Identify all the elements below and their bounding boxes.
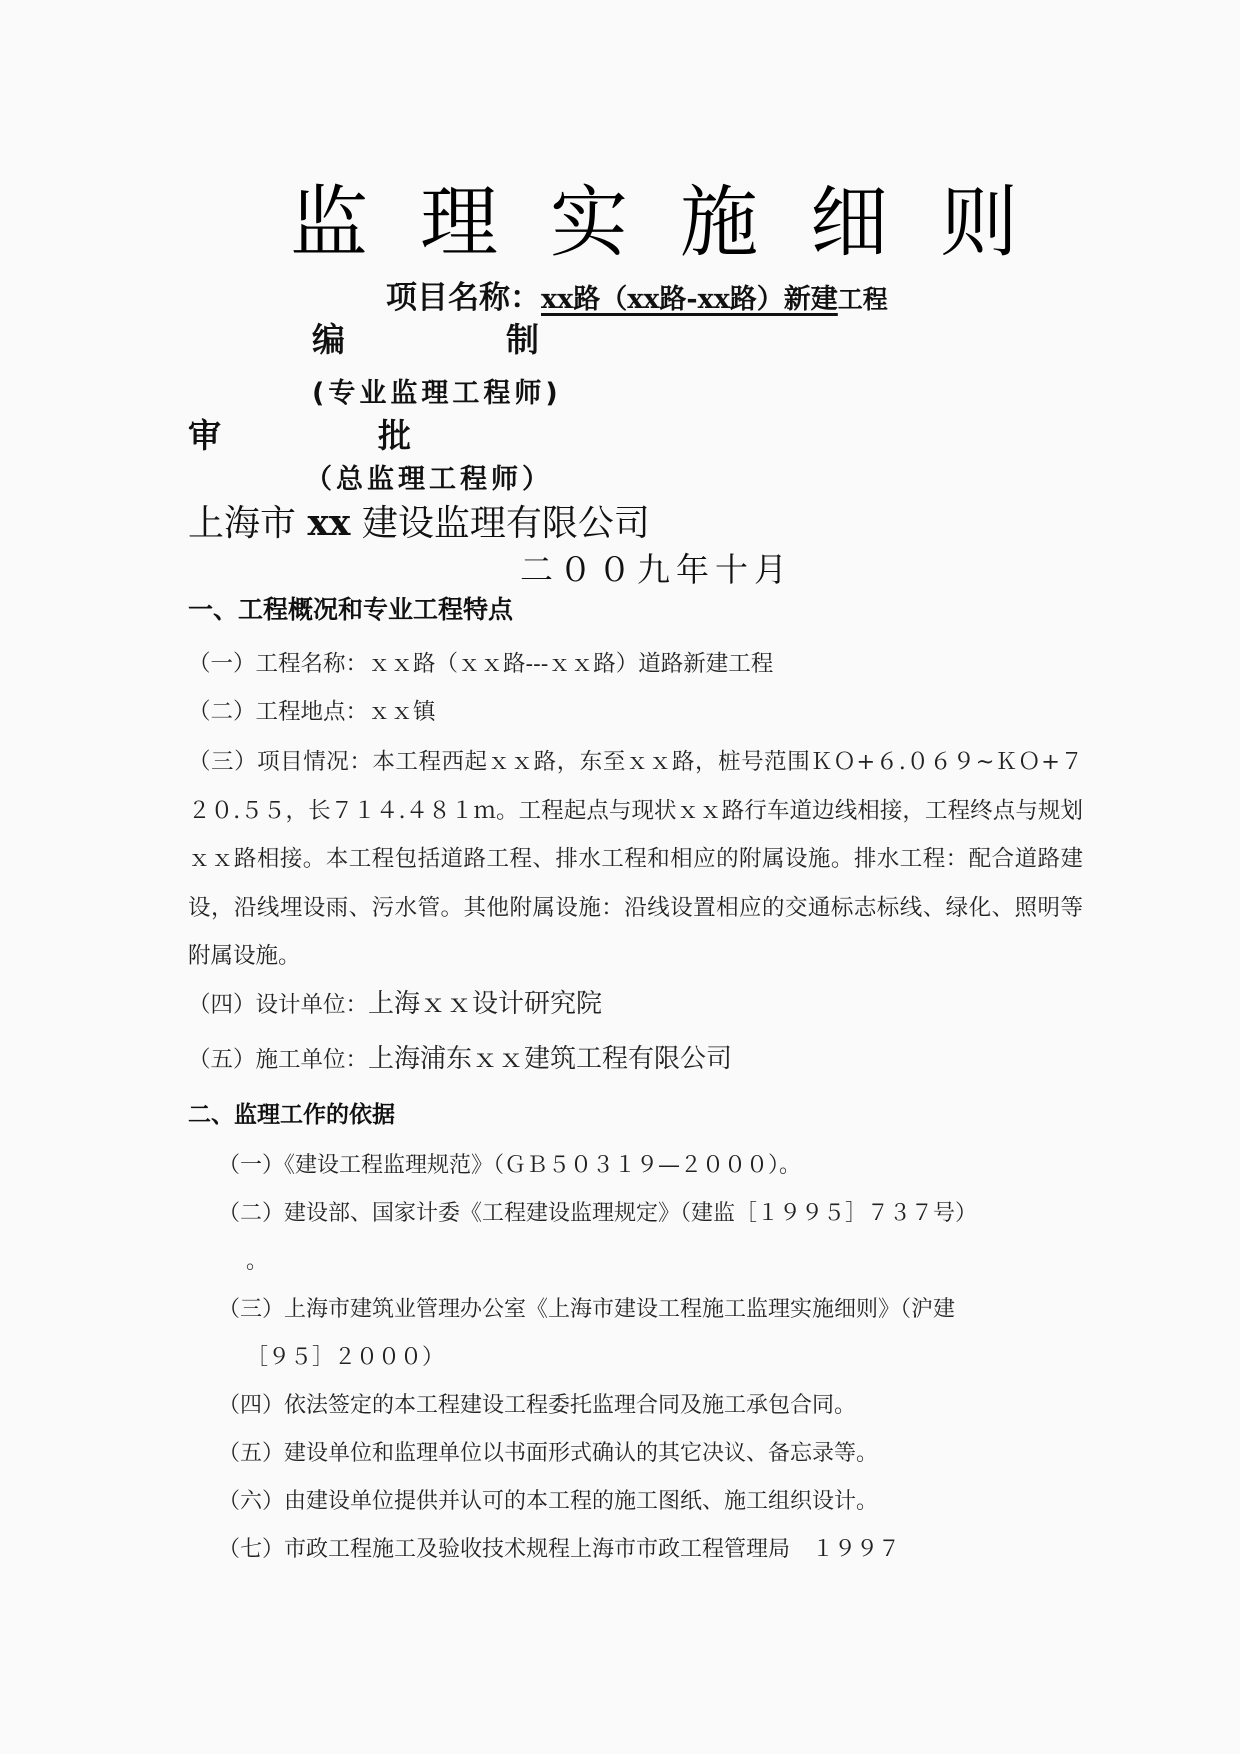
section-1-item-4: （四）设计单位：上海ｘｘ设计研究院	[188, 980, 602, 1030]
section-2-item-7: （七）市政工程施工及验收技术规程上海市市政工程管理局 １９９７	[218, 1526, 1083, 1574]
section-1-heading: 一、工程概况和专业工程特点	[188, 593, 513, 627]
construction-unit-value: 上海浦东ｘｘ建筑工程有限公司	[368, 1044, 732, 1074]
compile-label-right: 制	[506, 320, 539, 360]
approve-label-left: 审	[188, 416, 221, 456]
section-1-item-1: （一）工程名称：ｘｘ路（ｘｘ路---ｘｘ路）道路新建工程	[188, 640, 773, 689]
section-2-item-4: （四）依法签定的本工程建设工程委托监理合同及施工承包合同。	[218, 1382, 1083, 1430]
section-2-item-3-text: （三）上海市建筑业管理办公室《上海市建设工程施工监理实施细则》（沪建	[218, 1297, 955, 1322]
project-name-value: xx路（xx路-xx路）新建	[541, 284, 838, 315]
compile-label-left: 编	[312, 320, 345, 360]
section-2-item-6: （六）由建设单位提供并认可的本工程的施工图纸、施工组织设计。	[218, 1478, 1083, 1526]
section-2-item-1: （一）《建设工程监理规范》（ＧＢ５０３１９—２０００）。	[218, 1142, 1083, 1190]
project-name-line: 项目名称：xx路（xx路-xx路）新建工程	[386, 278, 888, 320]
section-1-item-2: （二）工程地点：ｘｘ镇	[188, 688, 436, 737]
construction-unit-label: （五）施工单位：	[188, 1047, 368, 1073]
company-xx: xx	[307, 502, 350, 544]
compile-role: (专业监理工程师)	[312, 376, 562, 412]
section-2-item-3: （三）上海市建筑业管理办公室《上海市建设工程施工监理实施细则》（沪建 ［９５］２…	[218, 1286, 1083, 1382]
section-2-item-2-cont: 。	[218, 1238, 1083, 1286]
section-1-item-3: （三）项目情况：本工程西起ｘｘ路，东至ｘｘ路，桩号范围ＫＯ+６.０６９~ＫＯ+７…	[188, 738, 1083, 981]
document-title: 监理实施细则	[290, 178, 1070, 268]
section-2-heading: 二、监理工作的依据	[188, 1098, 395, 1132]
section-2-item-3-cont: ［９５］２０００）	[218, 1334, 1083, 1382]
project-name-tail: 工程	[838, 285, 888, 314]
project-name-label: 项目名称：	[386, 280, 541, 316]
approve-label-right: 批	[378, 416, 411, 456]
company-name: 上海市 xx 建设监理有限公司	[188, 500, 650, 547]
company-suffix: 建设监理有限公司	[350, 503, 649, 544]
company-prefix: 上海市	[188, 503, 307, 544]
design-unit-value: 上海ｘｘ设计研究院	[368, 989, 602, 1019]
section-2-item-5: （五）建设单位和监理单位以书面形式确认的其它决议、备忘录等。	[218, 1430, 1083, 1478]
approve-role: （总监理工程师）	[305, 462, 553, 498]
section-2-item-2-text: （二）建设部、国家计委《工程建设监理规定》（建监［１９９５］７３７号）	[218, 1201, 977, 1226]
section-1-item-5: （五）施工单位：上海浦东ｘｘ建筑工程有限公司	[188, 1035, 732, 1085]
document-date: 二００九年十月	[520, 548, 793, 592]
section-2-item-2: （二）建设部、国家计委《工程建设监理规定》（建监［１９９５］７３７号） 。	[218, 1190, 1083, 1286]
design-unit-label: （四）设计单位：	[188, 992, 368, 1018]
